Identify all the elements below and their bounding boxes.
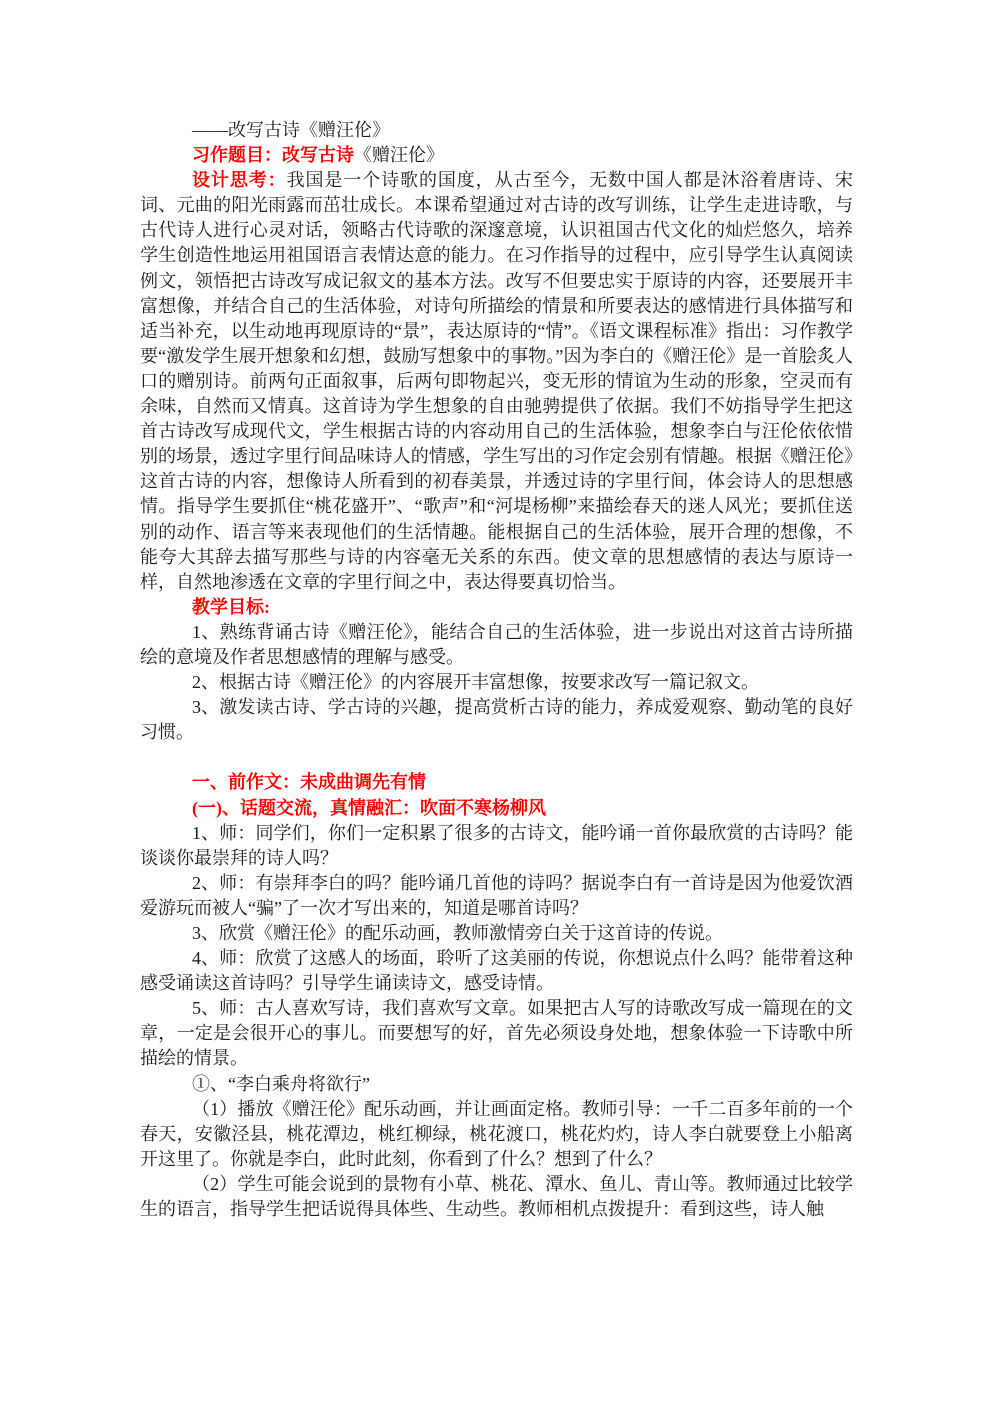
design-thinking-paragraph: 设计思考：我国是一个诗歌的国度，从古至今，无数中国人都是沐浴着唐诗、宋词、元曲的… xyxy=(140,168,853,595)
subsection-heading-1-1-text: (一)、话题交流，真情融汇：吹面不寒杨柳风 xyxy=(192,798,546,818)
section-heading-1-text: 一、前作文：未成曲调先有情 xyxy=(192,772,426,792)
document-page: ——改写古诗《赠汪伦》 习作题目：改写古诗《赠汪伦》 设计思考：我国是一个诗歌的… xyxy=(0,0,993,1404)
lesson-step-1: 1、师：同学们，你们一定积累了很多的古诗文，能吟诵一首你最欣赏的古诗吗？能谈谈你… xyxy=(140,821,853,871)
lesson-step-5-text: 5、师：古人喜欢写诗，我们喜欢写文章。如果把古人写的诗歌改写成一篇现在的文章，一… xyxy=(140,998,853,1068)
goal-item-1: 1、熟练背诵古诗《赠汪伦》，能结合自己的生活体验，进一步说出对这首古诗所描绘的意… xyxy=(140,620,853,670)
goal-item-3: 3、激发读古诗、学古诗的兴趣，提高赏析古诗的能力，养成爱观察、勤动笔的良好习惯。 xyxy=(140,695,853,745)
document-body: ——改写古诗《赠汪伦》 习作题目：改写古诗《赠汪伦》 设计思考：我国是一个诗歌的… xyxy=(140,118,853,1222)
lesson-step-1-text: 1、师：同学们，你们一定积累了很多的古诗文，能吟诵一首你最欣赏的古诗吗？能谈谈你… xyxy=(140,823,853,868)
lesson-step-5: 5、师：古人喜欢写诗，我们喜欢写文章。如果把古人写的诗歌改写成一篇现在的文章，一… xyxy=(140,996,853,1071)
lesson-step-3-text: 3、欣赏《赠汪伦》的配乐动画，教师激情旁白关于这首诗的传说。 xyxy=(192,923,723,943)
blank-line xyxy=(140,745,853,770)
goal-item-1-text: 1、熟练背诵古诗《赠汪伦》，能结合自己的生活体验，进一步说出对这首古诗所描绘的意… xyxy=(140,622,853,667)
assignment-topic-label: 习作题目：改写古诗 xyxy=(192,145,354,165)
goal-item-3-text: 3、激发读古诗、学古诗的兴趣，提高赏析古诗的能力，养成爱观察、勤动笔的良好习惯。 xyxy=(140,697,853,742)
activity-step-2: （2）学生可能会说到的景物有小草、桃花、潭水、鱼儿、青山等。教师通过比较学生的语… xyxy=(140,1172,853,1222)
goal-item-2: 2、根据古诗《赠汪伦》的内容展开丰富想像，按要求改写一篇记叙文。 xyxy=(140,670,853,695)
lesson-step-4: 4、师：欣赏了这感人的场面，聆听了这美丽的传说，你想说点什么吗？能带着这种感受诵… xyxy=(140,946,853,996)
teaching-goals-heading: 教学目标: xyxy=(140,595,853,620)
teaching-goals-label: 教学目标: xyxy=(192,597,270,617)
design-thinking-label: 设计思考： xyxy=(192,170,287,190)
doc-subtitle: ——改写古诗《赠汪伦》 xyxy=(140,118,853,143)
poem-line-heading-text: ①、“李白乘舟将欲行” xyxy=(192,1074,370,1094)
assignment-topic-title: 《赠汪伦》 xyxy=(354,145,444,165)
activity-step-2-text: （2）学生可能会说到的景物有小草、桃花、潭水、鱼儿、青山等。教师通过比较学生的语… xyxy=(140,1174,853,1219)
lesson-step-2: 2、师：有崇拜李白的吗？能吟诵几首他的诗吗？据说李白有一首诗是因为他爱饮酒爱游玩… xyxy=(140,871,853,921)
subsection-heading-1-1: (一)、话题交流，真情融汇：吹面不寒杨柳风 xyxy=(140,796,853,821)
section-heading-1: 一、前作文：未成曲调先有情 xyxy=(140,770,853,795)
activity-step-1: （1）播放《赠汪伦》配乐动画，并让画面定格。教师引导：一千二百多年前的一个春天，… xyxy=(140,1097,853,1172)
lesson-step-4-text: 4、师：欣赏了这感人的场面，聆听了这美丽的传说，你想说点什么吗？能带着这种感受诵… xyxy=(140,948,853,993)
doc-subtitle-text: ——改写古诗《赠汪伦》 xyxy=(192,120,390,140)
activity-step-1-text: （1）播放《赠汪伦》配乐动画，并让画面定格。教师引导：一千二百多年前的一个春天，… xyxy=(140,1099,853,1169)
design-thinking-text: 我国是一个诗歌的国度，从古至今，无数中国人都是沐浴着唐诗、宋词、元曲的阳光雨露而… xyxy=(140,170,853,592)
lesson-step-2-text: 2、师：有崇拜李白的吗？能吟诵几首他的诗吗？据说李白有一首诗是因为他爱饮酒爱游玩… xyxy=(140,873,853,918)
poem-line-heading: ①、“李白乘舟将欲行” xyxy=(140,1072,853,1097)
lesson-step-3: 3、欣赏《赠汪伦》的配乐动画，教师激情旁白关于这首诗的传说。 xyxy=(140,921,853,946)
assignment-topic: 习作题目：改写古诗《赠汪伦》 xyxy=(140,143,853,168)
goal-item-2-text: 2、根据古诗《赠汪伦》的内容展开丰富想像，按要求改写一篇记叙文。 xyxy=(192,672,759,692)
